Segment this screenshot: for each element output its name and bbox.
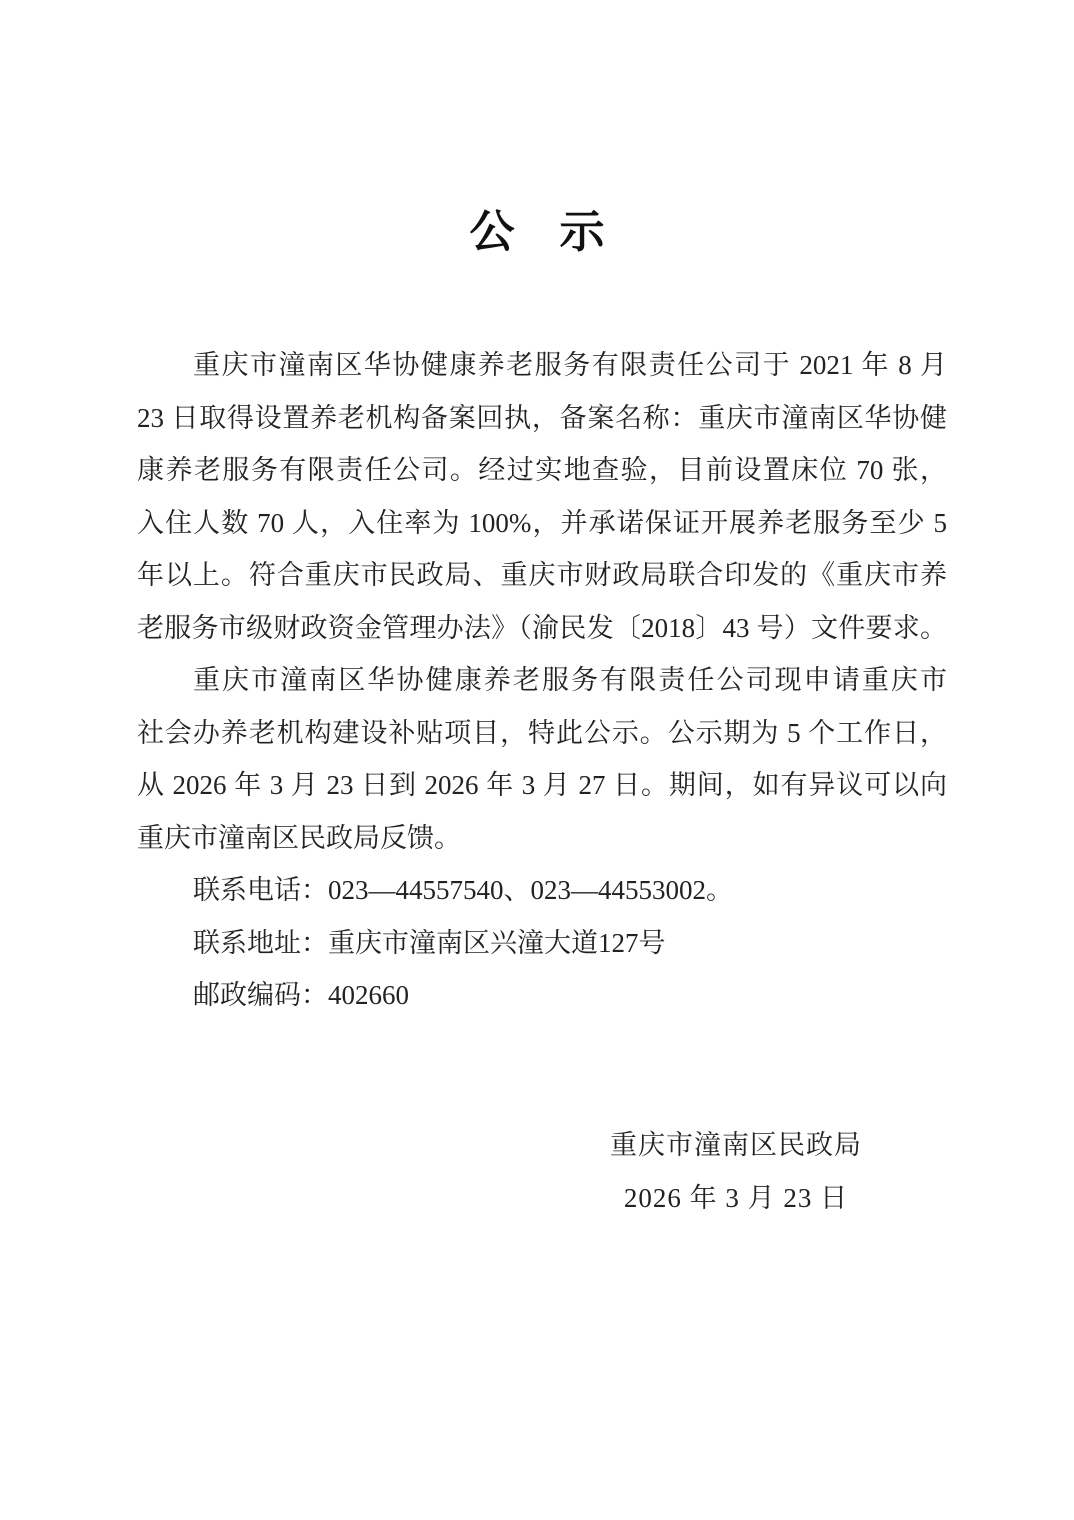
body-line: 康养老服务有限责任公司。经过实地查验，目前设置床位 70 张， (137, 444, 947, 497)
document-body: 重庆市潼南区华协健康养老服务有限责任公司于 2021 年 8 月 23 日取得设… (137, 339, 947, 1022)
document-page: 公 示 重庆市潼南区华协健康养老服务有限责任公司于 2021 年 8 月 23 … (0, 0, 1074, 1520)
body-line: 23 日取得设置养老机构备案回执，备案名称：重庆市潼南区华协健 (137, 392, 947, 445)
body-line: 重庆市潼南区民政局反馈。 (137, 812, 947, 865)
body-line: 从 2026 年 3 月 23 日到 2026 年 3 月 27 日。期间，如有… (137, 759, 947, 812)
body-line: 年以上。符合重庆市民政局、重庆市财政局联合印发的《重庆市养 (137, 549, 947, 602)
body-line: 重庆市潼南区华协健康养老服务有限责任公司现申请重庆市 (137, 654, 947, 707)
body-line: 入住人数 70 人，入住率为 100%，并承诺保证开展养老服务至少 5 (137, 497, 947, 550)
contact-phone-line: 联系电话：023—44557540、023—44553002。 (137, 864, 947, 917)
body-line: 社会办养老机构建设补贴项目，特此公示。公示期为 5 个工作日， (137, 707, 947, 760)
body-line: 老服务市级财政资金管理办法》（渝民发〔2018〕43 号）文件要求。 (137, 602, 947, 655)
page-title: 公 示 (0, 200, 1074, 264)
postal-code-line: 邮政编码：402660 (137, 969, 947, 1022)
body-line: 重庆市潼南区华协健康养老服务有限责任公司于 2021 年 8 月 (137, 339, 947, 392)
contact-address-line: 联系地址：重庆市潼南区兴潼大道127号 (137, 917, 947, 970)
signature-date: 2026 年 3 月 23 日 (535, 1172, 937, 1225)
signature-block: 重庆市潼南区民政局 2026 年 3 月 23 日 (535, 1119, 937, 1225)
signature-org: 重庆市潼南区民政局 (535, 1119, 937, 1172)
